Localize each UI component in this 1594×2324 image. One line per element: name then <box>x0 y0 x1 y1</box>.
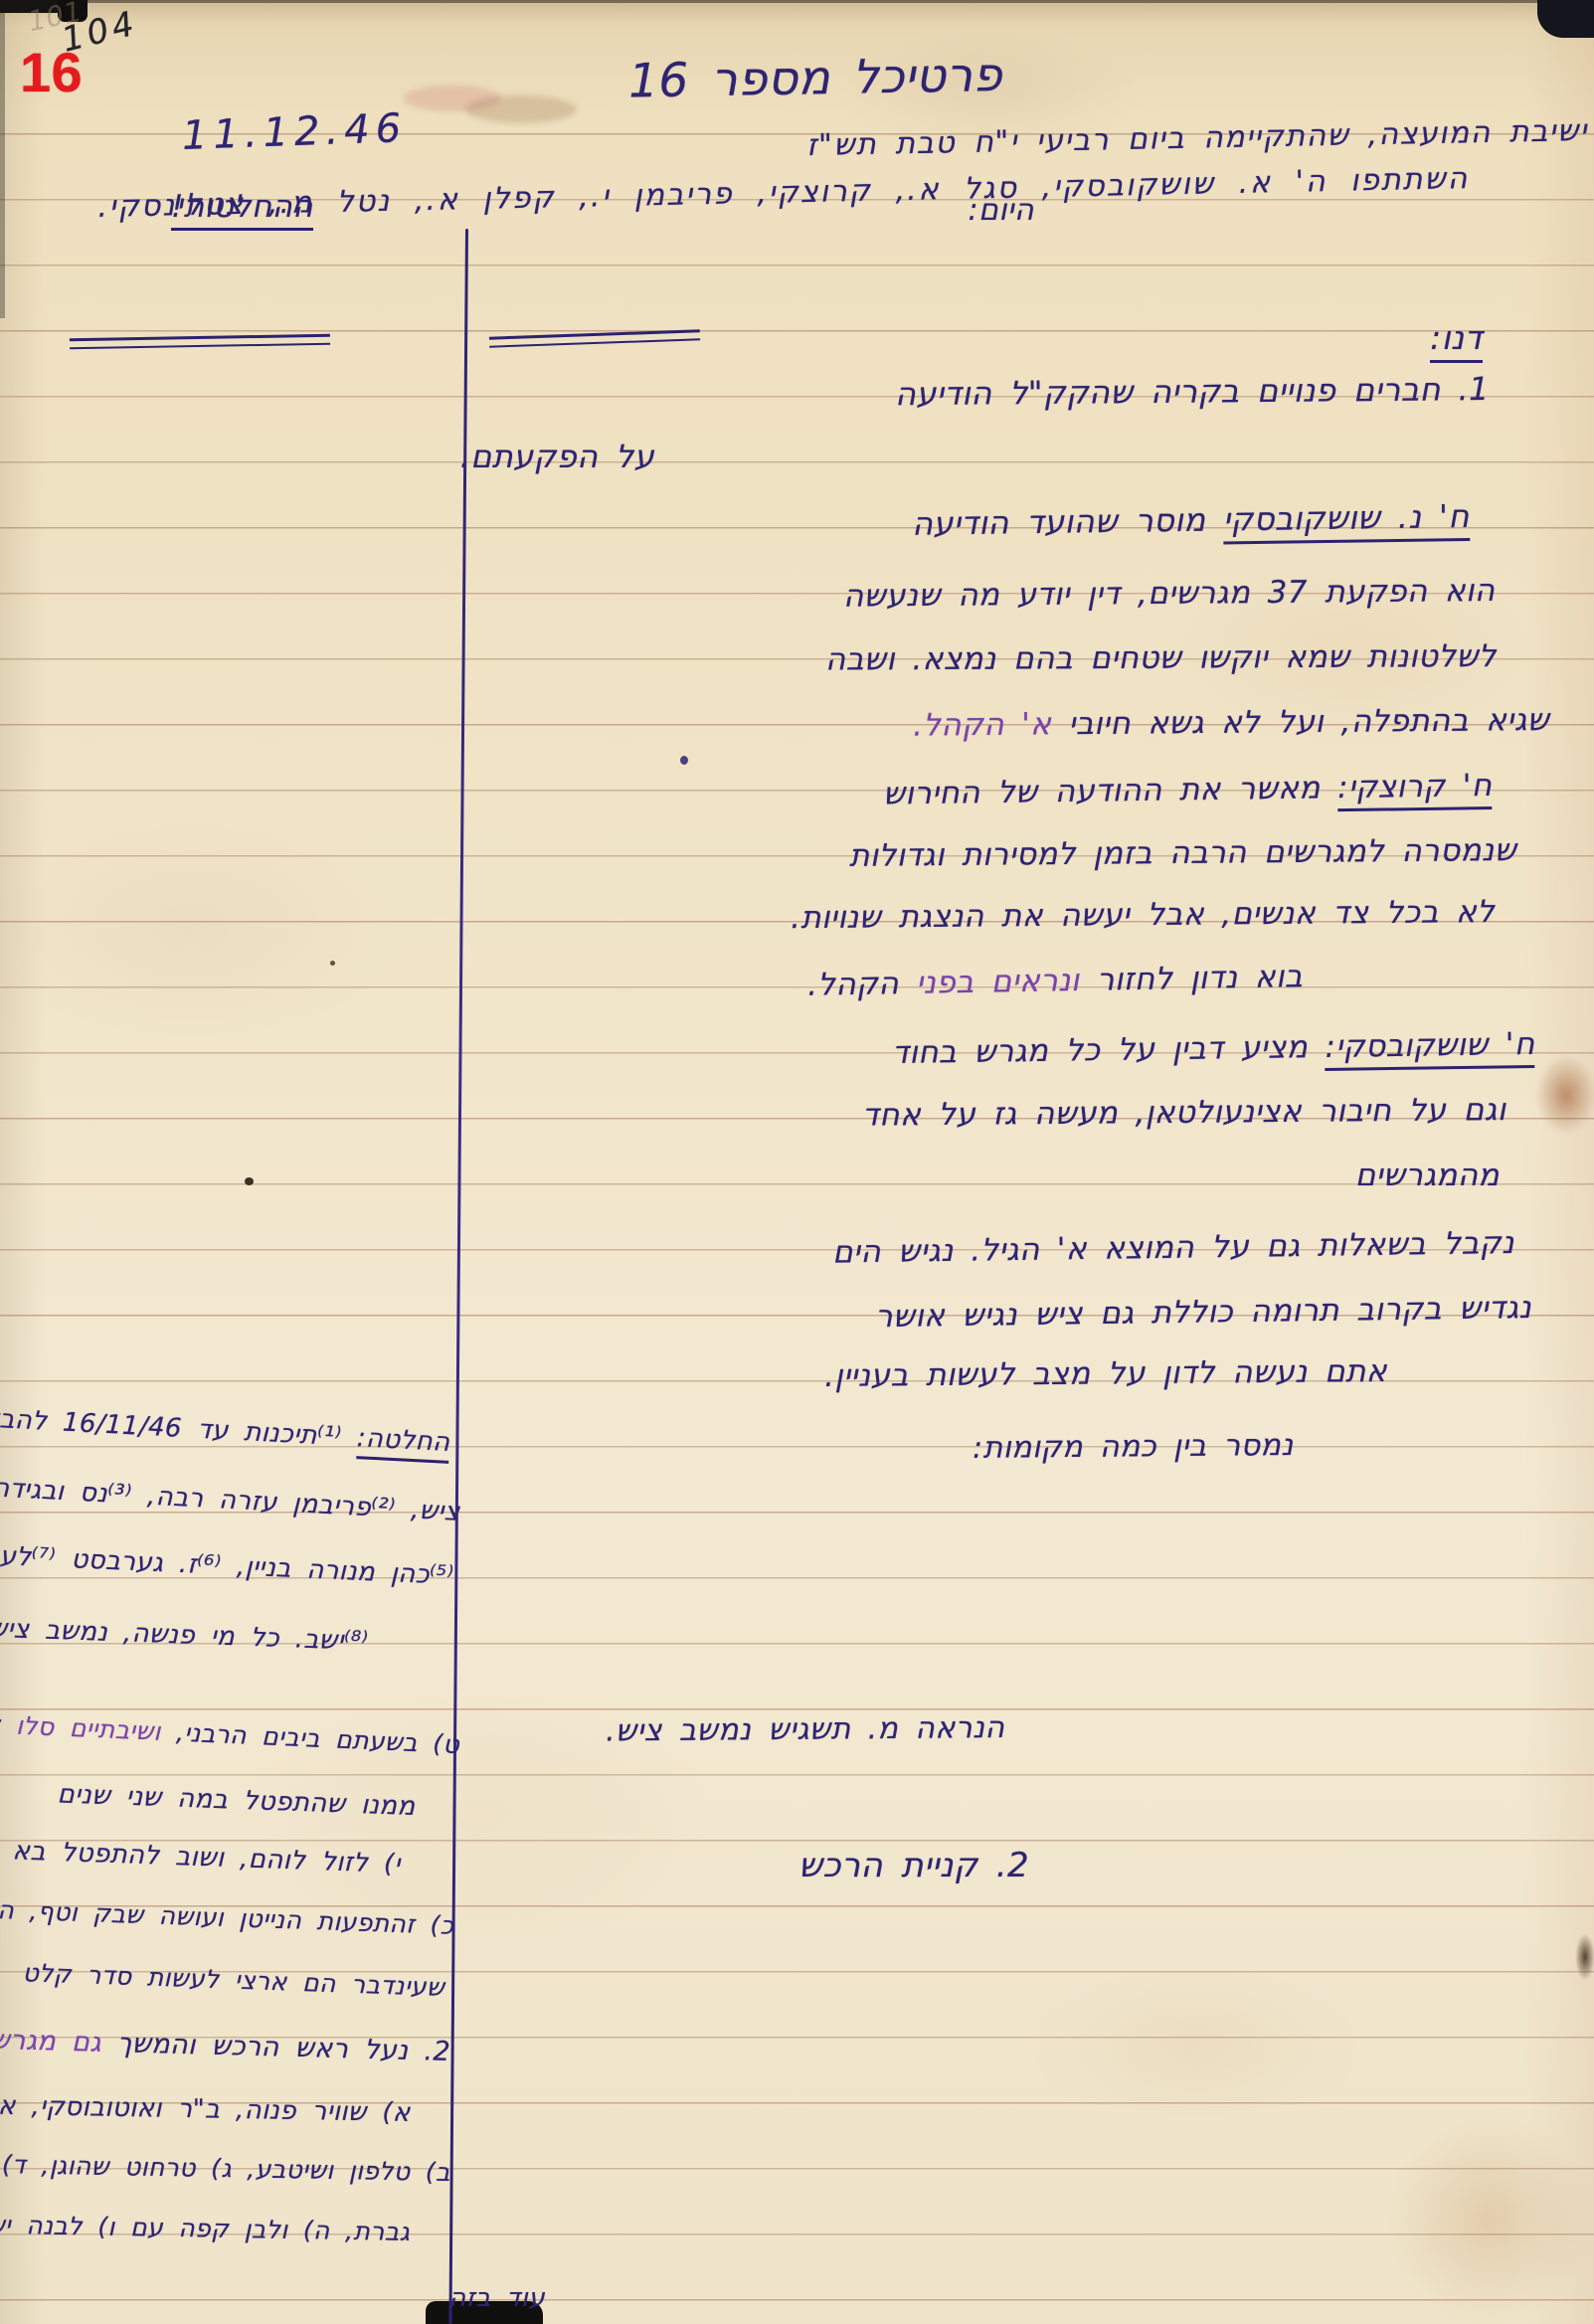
handwritten-line: לא בכל צד אנשים, אבל יעשה את הנצגת שנויו… <box>791 894 1496 936</box>
speaker-name: ח' שושקובסקי: <box>1325 1026 1535 1071</box>
handwritten-line: הוא הפקעת 37 מגרשים, דין יודע מה שנעשה <box>842 573 1495 615</box>
handwritten-line: י) לזול לוהם, ושוב להתפטל בא <box>12 1836 401 1879</box>
handwritten-line: ⁽⁵⁾כהן מנורה בניין, ⁽⁶⁾ז. גערבסט ⁽⁷⁾לעני… <box>0 1536 454 1591</box>
column-divider-line <box>448 229 468 2324</box>
protocol-title: פרטיכל מספר 16 <box>628 48 1003 109</box>
line-text: בוא נדון לחזור <box>1079 959 1303 998</box>
handwritten-line: ח' קרוצקי: מאשר את ההודעה של החירוש <box>882 768 1492 812</box>
corner-stain <box>1387 2113 1594 2324</box>
line-text: ⁽¹⁾תיכנות עד 16/11/46 להביא את הנקל בניי… <box>0 1393 357 1453</box>
line-text-purple: ושיבתיים סלו <box>16 1711 162 1746</box>
topic-heading: דנו: <box>1430 318 1483 357</box>
handwritten-line: כ) זהתפעות הנייטן ועושה שבק וטף, הסדרי ו… <box>0 1891 454 1940</box>
line-text: מאשר את ההודעה של החירוש <box>882 770 1337 811</box>
pink-smudge <box>404 86 501 111</box>
line-text: הקהל. <box>807 966 917 1003</box>
handwritten-line: לשלטונות שמא יוקשו שטחים בהם נמצא. ושבה <box>825 638 1497 678</box>
handwritten-line: נגדיש בקרוב תרומה כוללת גם ציש נגיש אושר <box>875 1290 1532 1335</box>
handwritten-line: נקבל בשאלות גם על המוצא א' הגיל. נגיש הי… <box>832 1225 1514 1271</box>
handwritten-line: שעינדבר הם ארצי לעשות סדר קלט <box>23 1958 445 2002</box>
handwritten-line: ט) בשעתם ביבים הרבני, ושיבתיים סלו לאה, … <box>0 1704 460 1759</box>
handwritten-line: עוד בזה <box>448 2283 545 2313</box>
spot <box>245 1177 254 1185</box>
handwritten-line: אתם נעשה לדון על מצב לעשות בעניין. <box>824 1353 1387 1394</box>
handwritten-line: ב) טלפון ושיטבע, ג) טרחוט שהוגן, ד) רו"ח… <box>0 2147 450 2187</box>
handwritten-line: א) שוויר פנוה, ב"ר ואוטובוסקי, אנשיה <box>0 2090 411 2128</box>
line-text-purple: ונראים בפני <box>916 963 1080 1001</box>
handwritten-line: 1. חברים פנויים בקריה שהקק"ל הודיעה <box>895 370 1490 413</box>
handwritten-line: ח' שושקובסקי: מציע דבין על כל מגרש בחוד <box>891 1026 1534 1071</box>
scan-edge-top <box>0 0 1594 3</box>
line-text-purple: א' הקהל. <box>913 706 1069 743</box>
handwritten-line: שנמסרה למגרשים הרבה בזמן למסירות וגדולות <box>849 832 1516 874</box>
line-text: מוסר שהועד הודיעה <box>912 500 1223 542</box>
handwritten-line: וגם על חיבור אצינעולטאן, מעשה גז על אחד <box>862 1092 1506 1134</box>
handwritten-line: 2. קניית הרכש <box>798 1846 1029 1885</box>
handwritten-line: נמסר בין כמה מקומות: <box>973 1428 1294 1466</box>
line-text: מציע דבין על כל מגרש בחוד <box>891 1029 1325 1071</box>
ink-dot <box>680 756 688 765</box>
handwritten-line: ממנו שהתפטל במה שני שנים <box>57 1779 416 1822</box>
handwritten-line: ציש, ⁽²⁾פריבמן עזרה רבה, ⁽³⁾נס ובגידה, ⁽… <box>0 1462 460 1527</box>
brown-smudge <box>465 95 577 123</box>
decision-rule-right <box>489 329 700 347</box>
decision-rule-left <box>70 334 330 350</box>
topic-heading-text: דנו: <box>1430 318 1483 363</box>
speaker-name: ח' קרוצקי: <box>1336 768 1492 811</box>
decision-label: החלטה: <box>355 1423 450 1464</box>
handwritten-line: 2. נעל ראש הרכש והמשך גם מגרש <box>0 2025 450 2067</box>
line-text: שגיא בהתפלה, ועל לא גשא חיובי <box>1068 702 1549 742</box>
protocol-date: 11.12.46 <box>181 105 408 159</box>
handwritten-line: בוא נדון לחזור ונראים בפני הקהל. <box>807 959 1304 1003</box>
decisions-heading: ההחלטות! <box>171 189 313 225</box>
scan-edge-left <box>0 0 5 318</box>
session-line: ישיבת המועצה, שהתקיימה ביום רביעי י"ח טב… <box>806 113 1589 163</box>
handwritten-line: הנראה מ. תשגיש נמשב ציש. <box>605 1710 1004 1749</box>
speaker-name: ח' נ. שושקובסקי <box>1223 497 1470 544</box>
handwritten-line: שגיא בהתפלה, ועל לא גשא חיובי א' הקהל. <box>913 702 1549 744</box>
decisions-heading-text: ההחלטות! <box>171 189 313 231</box>
scan-corner-top-right <box>1537 0 1594 38</box>
scanned-protocol-page: 101 104 16 פרטיכל מספר 16 11.12.46 ישיבת… <box>0 0 1594 2324</box>
red-stamp-number: 16 <box>20 40 83 104</box>
handwritten-line: מהמגרשים <box>1355 1158 1500 1193</box>
agenda-label: היום: <box>969 193 1035 228</box>
line-text-purple: גם מגרש <box>0 2025 101 2058</box>
edge-stain <box>1575 1933 1594 1981</box>
spot-small <box>330 961 335 966</box>
line-text: ט) בשעתם ביבים הרבני, <box>161 1717 460 1759</box>
handwritten-line: ⁽⁸⁾ישב. כל מי פנשה, נמשב ציש <box>0 1614 369 1657</box>
handwritten-line: על הפקעתם. <box>460 438 654 475</box>
rust-stain <box>1536 1056 1594 1134</box>
handwritten-line: ח' נ. שושקובסקי מוסר שהועד הודיעה <box>912 497 1470 543</box>
handwritten-line: גברת, ה) ולבן קפה עם ו) לבנה ישרבתם <box>0 2209 411 2246</box>
handwritten-line: החלטה: ⁽¹⁾תיכנות עד 16/11/46 להביא את הנ… <box>0 1393 450 1458</box>
line-text: 2. נעל ראש הרכש והמשך <box>100 2028 450 2067</box>
